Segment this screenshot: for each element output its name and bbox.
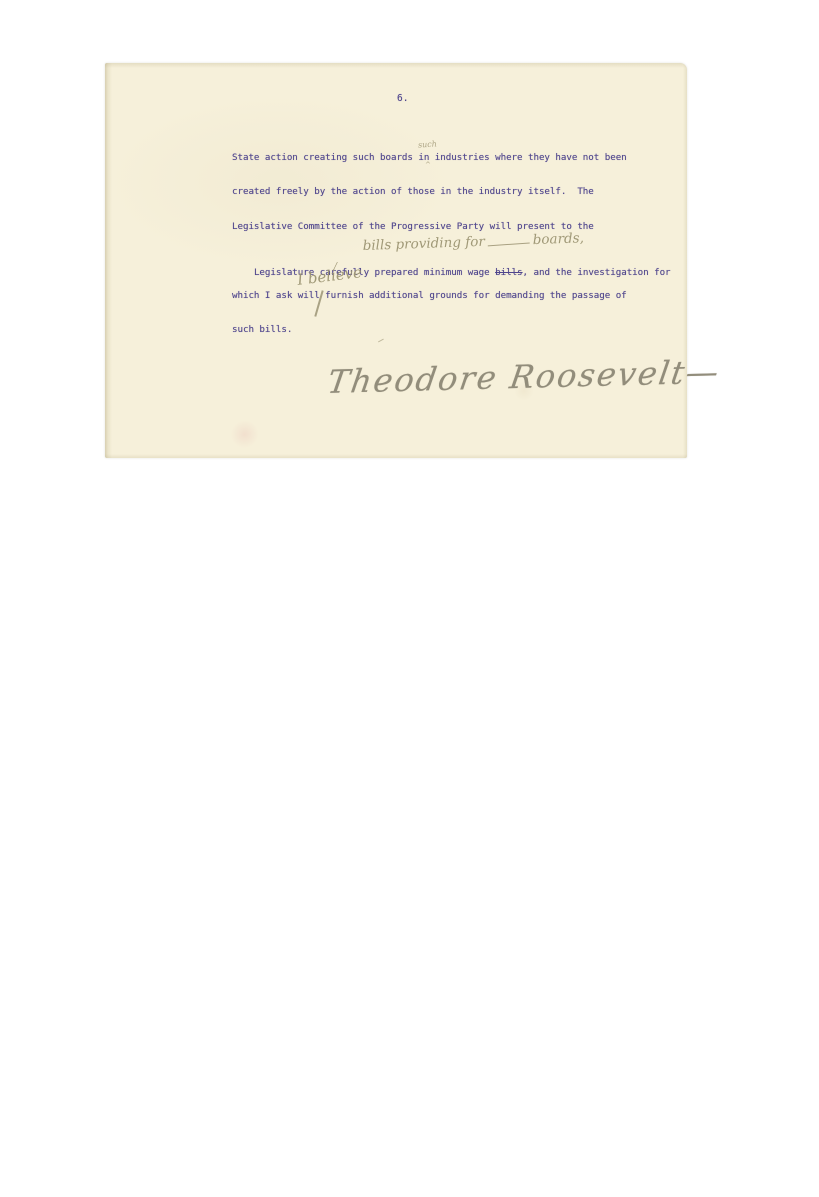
struck-word-bills: bills xyxy=(495,267,522,278)
pencil-tick-mark xyxy=(378,339,384,343)
signature-theodore-roosevelt: Theodore Roosevelt— xyxy=(325,353,723,401)
typed-line-2: created freely by the action of those in… xyxy=(232,186,594,198)
typed-line-4-prefix: Legislature carefully prepared minimum w… xyxy=(254,267,495,278)
typed-line-4-suffix: , and the investigation for xyxy=(523,267,671,278)
typed-line-6: such bills. xyxy=(232,324,292,336)
pencil-insertion-bills-providing-for: bills providing for xyxy=(362,234,485,254)
pencil-dash-stroke xyxy=(488,242,530,246)
pencil-insertion-boards: boards, xyxy=(532,230,584,248)
pencil-insertion-such: such xyxy=(418,139,437,149)
typed-line-5: which I ask will furnish additional grou… xyxy=(232,290,627,302)
pencil-caret-line1: ^ xyxy=(425,161,431,169)
page-number: 6. xyxy=(397,93,408,104)
scanned-letter-page: 6. State action creating such boards in … xyxy=(105,63,687,458)
pencil-insertion-line4: bills providing for boards, xyxy=(363,235,584,254)
